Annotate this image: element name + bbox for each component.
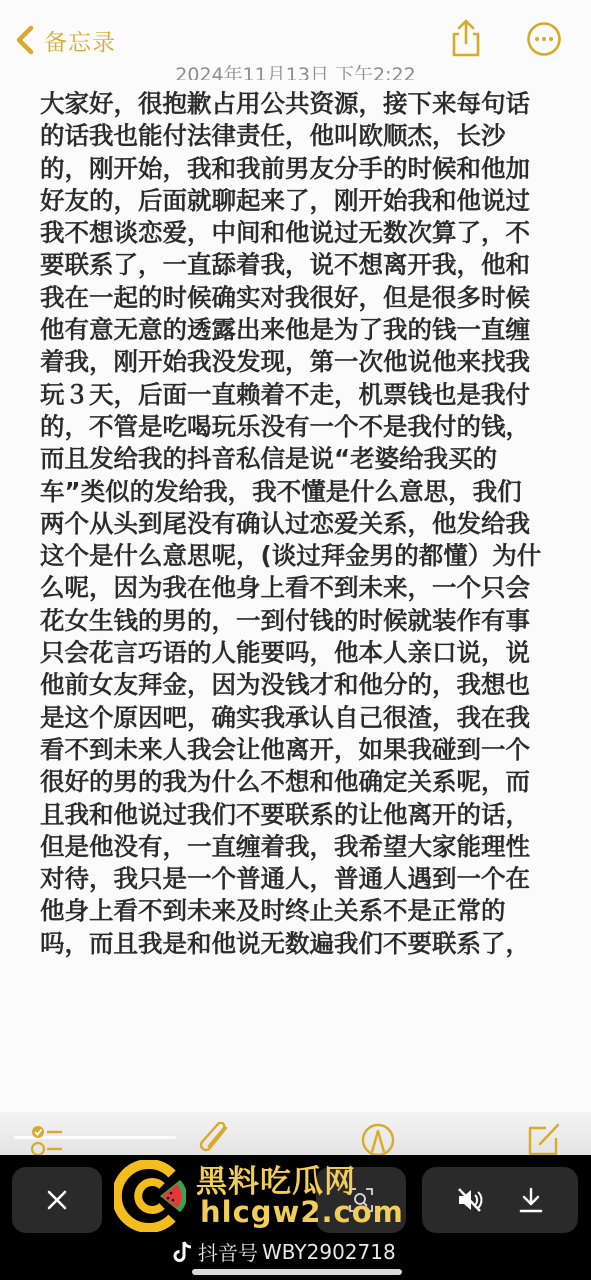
more-circle-icon[interactable] [526,21,562,57]
tiktok-label: 抖音号 [198,1237,258,1266]
media-controls [422,1167,578,1233]
note-date: 2024年11月13日 下午2:22 [0,60,591,80]
download-icon[interactable] [518,1186,544,1214]
chevron-left-icon [14,25,36,55]
note-line: 我不想谈恋爱，中间和他说过无数次算了，不 [40,217,555,249]
video-overlay-bar: 黑料吃瓜网 hlcgw2.com 抖音号 WBY2902718 [0,1155,591,1280]
note-line: 只会花言巧语的人能要吗，他本人亲口说，说 [40,637,555,669]
notes-screen: 备忘录 2024年11月13日 下午2:22 大家好，很抱歉占用公共资源，接下来… [0,0,591,1280]
note-line: 对待，我只是一个普通人，普通人遇到一个在 [40,863,555,895]
note-line: 而且发给我的抖音私信是说“老婆给我买的 [40,443,555,475]
watermark-logo-icon [114,1160,186,1232]
note-line: 好友的，后面就聊起来了，刚开始我和他说过 [40,185,555,217]
back-label: 备忘录 [44,24,116,57]
share-icon[interactable] [448,18,484,58]
back-button[interactable]: 备忘录 [14,22,116,58]
note-line: 很好的男的我为什么不想和他确定关系呢，而 [40,766,555,798]
compose-icon[interactable] [524,1122,564,1156]
note-line: 两个从头到尾没有确认过恋爱关系，他发给我 [40,508,555,540]
checklist-icon[interactable] [28,1122,68,1156]
paperclip-icon[interactable] [196,1122,236,1156]
note-line: 是这个原因吧，确实我承认自己很渣，我在我 [40,702,555,734]
note-line: 他有意无意的透露出来他是为了我的钱一直缠 [40,314,555,346]
note-line: 的，不管是吃喝玩乐没有一个不是我付的钱， [40,411,555,443]
note-line: 的话我也能付法律责任，他叫欧顺杰，长沙 [40,120,555,152]
video-progress-bar[interactable] [192,1269,402,1275]
note-line: 玩３天，后面一直赖着不走，机票钱也是我付 [40,379,555,411]
watermark-url: hlcgw2.com [200,1195,404,1229]
note-line: 他前女友拜金，因为没钱才和他分的，我想也 [40,669,555,701]
note-line: 车”类似的发给我，我不懂是什么意思，我们 [40,476,555,508]
tiktok-id: WBY2902718 [262,1240,396,1264]
note-line: 的，刚开始，我和我前男友分手的时候和他加 [40,153,555,185]
tiktok-logo-icon [172,1240,194,1264]
close-button[interactable] [12,1167,102,1233]
close-icon [45,1188,69,1212]
tiktok-id-label: 抖音号 WBY2902718 [172,1237,396,1266]
note-line: 且我和他说过我们不要联系的让他离开的话， [40,799,555,831]
note-line: 着我，刚开始我没发现，第一次他说他来找我 [40,346,555,378]
note-line: 我在一起的时候确实对我很好，但是很多时候 [40,282,555,314]
note-line: 大家好，很抱歉占用公共资源，接下来每句话 [40,88,555,120]
speaker-muted-icon[interactable] [456,1186,486,1214]
note-line: 但是他没有，一直缠着我，我希望大家能理性 [40,831,555,863]
note-line: 么呢，因为我在他身上看不到未来，一个只会 [40,572,555,604]
note-line: 花女生钱的男的，一到付钱的时候就装作有事 [40,605,555,637]
note-line: 看不到未来人我会让他离开，如果我碰到一个 [40,734,555,766]
note-body[interactable]: 大家好，很抱歉占用公共资源，接下来每句话 的话我也能付法律责任，他叫欧顺杰，长沙… [40,88,555,960]
note-line: 他身上看不到未来及时终止关系不是正常的 [40,895,555,927]
markup-pen-icon[interactable] [358,1122,398,1156]
note-line: 这个是什么意思呢，(谈过拜金男的都懂）为什 [40,540,555,572]
note-line: 吗，而且我是和他说无数遍我们不要联系了， [40,928,555,960]
note-line: 要联系了，一直舔着我，说不想离开我，他和 [40,249,555,281]
notes-toolbar [0,1112,591,1156]
